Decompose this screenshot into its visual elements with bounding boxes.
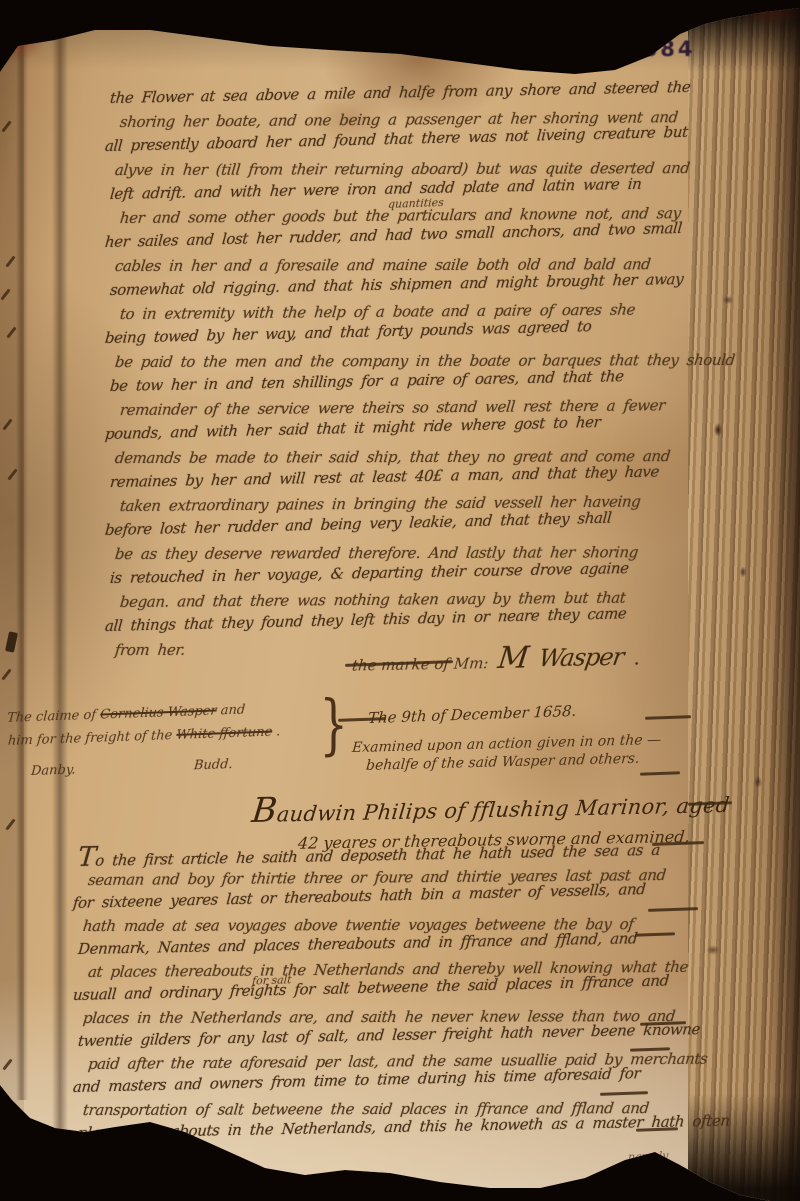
deposition-paragraph-2: To the first article he saith and depose… (78, 846, 730, 1145)
hearing-date: The 9th of December 1658. (367, 699, 661, 727)
registrar-name: Danby. (30, 758, 76, 783)
interlined-word: for salt (252, 973, 292, 987)
deponent-name-line: Baudwin Philips of fflushing Marinor, ag… (250, 781, 732, 831)
deponent-mark: M (497, 645, 531, 672)
fold-crease (52, 30, 68, 1140)
stamp-marks: ▪ · : (606, 44, 636, 55)
margin-note-text: and (216, 702, 246, 718)
manuscript-page: – – – ▪ · : 684 the Flower at sea above … (0, 0, 800, 1201)
page-number-stamp: – – – ▪ · : 684 (606, 26, 696, 61)
signature-name: Wasper (537, 644, 625, 672)
interlined-word: quantities (388, 196, 445, 211)
signature-line: the marke of Mm: M Wasper . (352, 643, 640, 674)
struck-text: Cornelius Wasper (100, 703, 217, 722)
bottom-clerk-word: namely (628, 1149, 669, 1163)
registrar-name: Budd. (193, 753, 233, 777)
margin-brace: } (320, 686, 348, 763)
page-number: 684 (643, 37, 696, 61)
margin-note-text: him for the freight of the (7, 728, 176, 749)
hearing-block: The 9th of December 1658. Examined upon … (352, 704, 661, 770)
stamp-dashes: – – – (650, 26, 696, 37)
signature-period: . (633, 645, 640, 669)
fold-crease (16, 30, 28, 1100)
margin-claim-note: The claime of Cornelius Wasper and him f… (7, 697, 282, 783)
margin-note-text: . (272, 724, 281, 739)
struck-text: White ffortune (176, 725, 273, 743)
deposition-paragraph-1: the Flower at sea above a mile and halfe… (110, 86, 735, 662)
margin-note-text: The claime of (7, 708, 101, 726)
